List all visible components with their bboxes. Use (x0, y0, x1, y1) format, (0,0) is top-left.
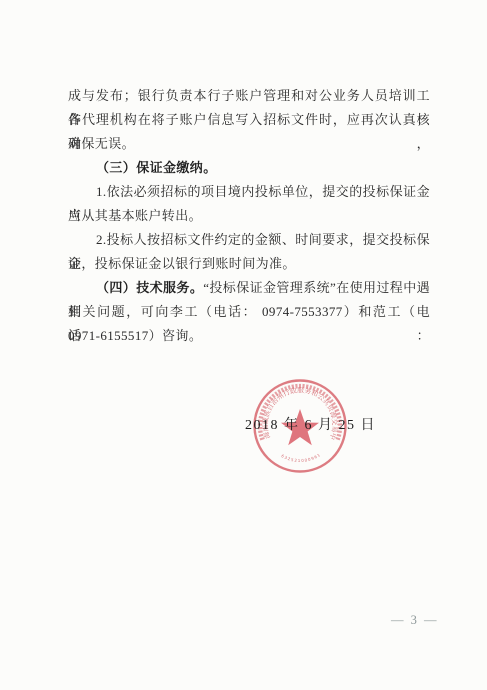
seal-code-digits: 6325210009613 (0, 0, 322, 463)
seal-name-text: 海南藏族自治州行政服务和公共资源交易中心 (0, 0, 340, 441)
official-seal: 海南藏族自治州行政服务和公共资源交易中心 6325210009613 (0, 0, 487, 690)
document-date: 2018 年 6 月 25 日 (245, 414, 376, 434)
document-page: 成与发布；银行负责本行子账户管理和对公业务人员培训工作； 各代理机构在将子账户信… (0, 0, 487, 690)
